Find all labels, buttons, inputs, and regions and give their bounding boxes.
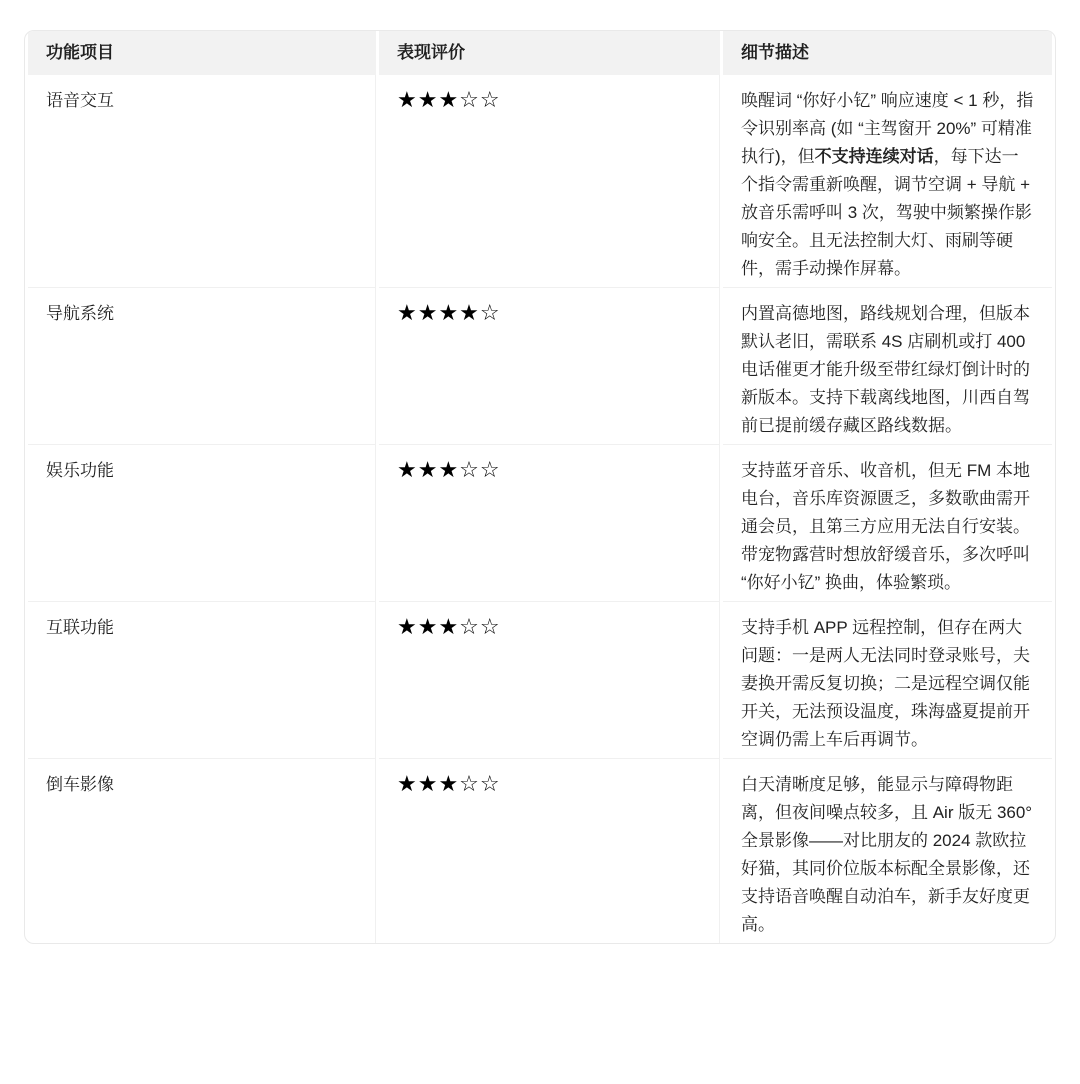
detail-text: 内置高德地图，路线规划合理，但版本默认老旧，需联系 4S 店刷机或打 400 电… (741, 300, 1034, 440)
column-header-rating: 表现评价 (379, 31, 720, 75)
table-row: 导航系统 ★★★★☆ 内置高德地图，路线规划合理，但版本默认老旧，需联系 4S … (28, 288, 1052, 445)
feature-name: 导航系统 (46, 304, 114, 323)
feature-name: 娱乐功能 (46, 461, 114, 480)
star-rating: ★★★☆☆ (397, 88, 501, 113)
feature-review-table: 功能项目 表现评价 细节描述 语音交互 ★★★☆☆ 唤醒词 “你好小钇” 响应速… (25, 31, 1055, 943)
table-row: 娱乐功能 ★★★☆☆ 支持蓝牙音乐、收音机，但无 FM 本地电台，音乐库资源匮乏… (28, 445, 1052, 602)
star-rating: ★★★☆☆ (397, 615, 501, 640)
star-rating: ★★★★☆ (397, 301, 501, 326)
star-rating: ★★★☆☆ (397, 772, 501, 797)
header-row: 功能项目 表现评价 细节描述 (28, 31, 1052, 75)
detail-text: 唤醒词 “你好小钇” 响应速度 < 1 秒，指令识别率高 (如 “主驾窗开 20… (741, 87, 1034, 283)
table-row: 互联功能 ★★★☆☆ 支持手机 APP 远程控制，但存在两大问题：一是两人无法同… (28, 602, 1052, 759)
detail-text: 白天清晰度足够，能显示与障碍物距离，但夜间噪点较多，且 Air 版无 360°全… (741, 771, 1034, 939)
column-header-feature: 功能项目 (28, 31, 376, 75)
feature-name: 倒车影像 (46, 775, 114, 794)
star-rating: ★★★☆☆ (397, 458, 501, 483)
column-header-detail: 细节描述 (723, 31, 1052, 75)
table-row: 语音交互 ★★★☆☆ 唤醒词 “你好小钇” 响应速度 < 1 秒，指令识别率高 … (28, 75, 1052, 288)
detail-text: 支持手机 APP 远程控制，但存在两大问题：一是两人无法同时登录账号，夫妻换开需… (741, 614, 1034, 754)
detail-text: 支持蓝牙音乐、收音机，但无 FM 本地电台，音乐库资源匮乏，多数歌曲需开通会员，… (741, 457, 1034, 597)
feature-name: 语音交互 (46, 91, 114, 110)
table-row: 倒车影像 ★★★☆☆ 白天清晰度足够，能显示与障碍物距离，但夜间噪点较多，且 A… (28, 759, 1052, 943)
feature-name: 互联功能 (46, 618, 114, 637)
feature-review-table-container: 功能项目 表现评价 细节描述 语音交互 ★★★☆☆ 唤醒词 “你好小钇” 响应速… (24, 30, 1056, 944)
